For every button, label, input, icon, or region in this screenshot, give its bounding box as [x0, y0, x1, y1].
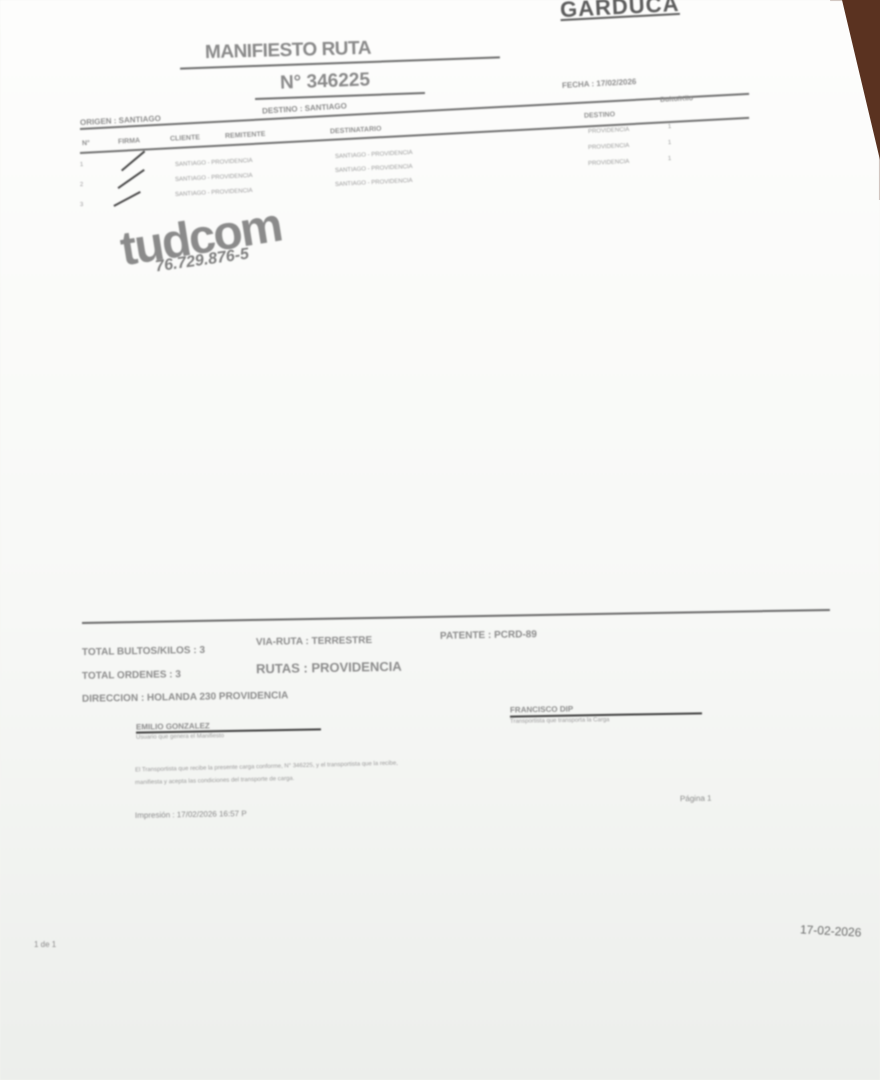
destino-field: DESTINO : SANTIAGO — [262, 101, 347, 115]
direccion: DIRECCION : HOLANDA 230 PROVIDENCIA — [82, 690, 288, 705]
document-page: GARDUCA MANIFIESTO RUTA N° 346225 FECHA … — [0, 0, 880, 1080]
page-count: 1 de 1 — [34, 940, 56, 949]
signer-left-role: Usuario que genera el Manifiesto — [136, 733, 224, 741]
row-3-bultos: 1 — [668, 156, 672, 162]
row-2-n: 2 — [80, 182, 84, 188]
note-line-2: manifiesta y acepta las condiciones del … — [135, 776, 295, 786]
document-title: MANIFIESTO RUTA — [205, 38, 371, 64]
total-ordenes: TOTAL ORDENES : 3 — [82, 669, 181, 682]
pagina-label: Página 1 — [680, 794, 712, 804]
col-header-firma: FIRMA — [118, 137, 141, 145]
patente: PATENTE : PCRD-89 — [440, 629, 537, 642]
row-1-cliente: SANTIAGO - PROVIDENCIA — [175, 158, 253, 168]
row-2-bultos: 1 — [668, 140, 672, 146]
signer-right-role: Transportista que transporta la Carga — [510, 717, 610, 725]
row-3-destino: PROVIDENCIA — [588, 159, 630, 167]
row-1-signature — [121, 151, 145, 171]
total-bultos: TOTAL BULTOS/KILOS : 3 — [82, 645, 205, 658]
fecha-field: FECHA : 17/02/2026 — [562, 77, 637, 90]
row-1-destino: PROVIDENCIA — [588, 127, 630, 135]
col-header-cliente: CLIENTE — [170, 134, 200, 143]
row-2-signature — [117, 169, 144, 189]
row-3-destinatario: SANTIAGO - PROVIDENCIA — [335, 178, 413, 188]
row-1-destinatario: SANTIAGO - PROVIDENCIA — [335, 150, 413, 160]
col-header-bultos: Bulto/Kilo — [660, 95, 693, 104]
row-3-n: 3 — [80, 202, 84, 208]
row-2-destino: PROVIDENCIA — [588, 143, 630, 151]
col-header-remitente: REMITENTE — [225, 131, 266, 140]
col-header-n: N° — [82, 140, 90, 147]
row-3-signature — [113, 191, 140, 206]
rutas: RUTAS : PROVIDENCIA — [256, 659, 402, 677]
col-header-destino: DESTINO — [584, 111, 615, 120]
print-date: 17-02-2026 — [800, 922, 862, 939]
row-3-cliente: SANTIAGO - PROVIDENCIA — [175, 188, 253, 198]
manifest-number: N° 346225 — [280, 69, 371, 94]
row-2-destinatario: SANTIAGO - PROVIDENCIA — [335, 164, 413, 174]
brand-header-logo: GARDUCA — [559, 0, 680, 23]
col-header-destinatario: DESTINATARIO — [330, 126, 382, 136]
note-line-1: El Transportista que recibe la presente … — [135, 761, 398, 774]
table-header-top-rule — [80, 93, 749, 130]
signer-right-name: FRANCISCO DIP — [510, 704, 573, 714]
footer-rule — [82, 609, 830, 624]
via-ruta: VIA-RUTA : TERRESTRE — [256, 635, 372, 648]
row-2-cliente: SANTIAGO - PROVIDENCIA — [175, 173, 253, 183]
impresion-timestamp: Impresión : 17/02/2026 16:57 P — [135, 809, 247, 820]
row-1-bultos: 1 — [668, 124, 672, 130]
row-1-n: 1 — [80, 162, 84, 168]
